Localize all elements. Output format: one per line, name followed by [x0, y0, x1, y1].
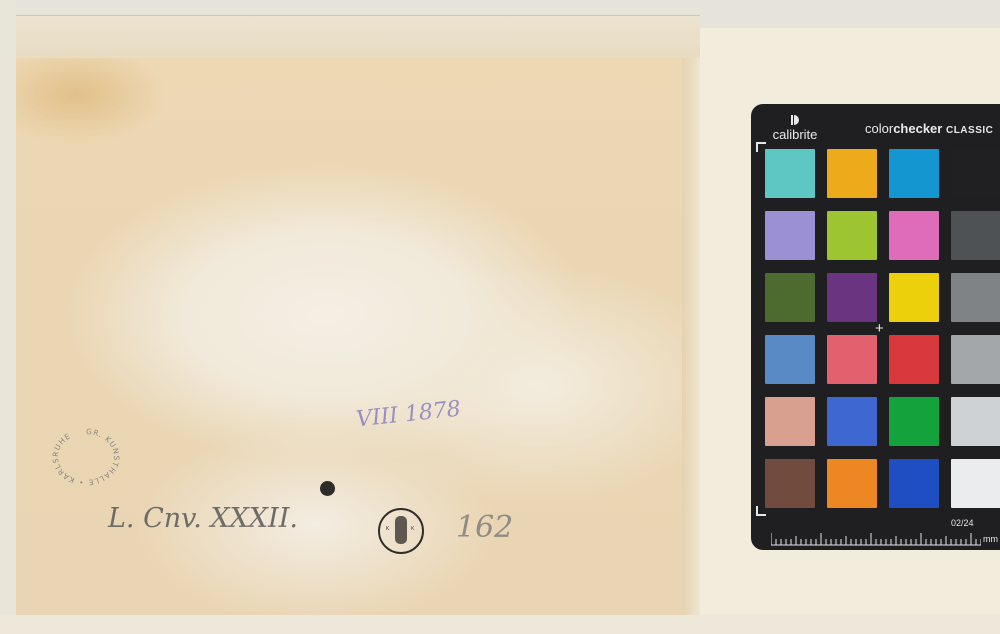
color-swatch [951, 397, 1000, 446]
color-swatch [765, 211, 815, 260]
color-swatch [951, 211, 1000, 260]
seal-figure-icon: K K [380, 510, 422, 552]
color-swatch [889, 211, 939, 260]
title-bold: checker [893, 121, 942, 136]
color-swatch [951, 335, 1000, 384]
colorchecker-card: calibrite colorchecker CLASSIC + 02/24 m… [751, 104, 1000, 550]
title-light: color [865, 121, 893, 136]
mm-ruler [771, 532, 981, 546]
svg-text:K: K [411, 526, 415, 532]
color-swatch [827, 335, 877, 384]
crosshair-icon: + [875, 321, 884, 336]
color-swatch [889, 273, 939, 322]
color-swatch [889, 459, 939, 508]
color-swatch [765, 459, 815, 508]
round-mark-stamp: K K [378, 508, 424, 554]
color-swatch [765, 273, 815, 322]
background-left [0, 0, 16, 634]
color-swatch [889, 335, 939, 384]
brand-logo: calibrite [765, 114, 825, 142]
ruler-ticks-icon [771, 532, 981, 546]
color-swatch [827, 211, 877, 260]
card-code: 02/24 [951, 518, 974, 528]
color-swatch [827, 149, 877, 198]
punch-hole [320, 481, 335, 496]
svg-text:K: K [386, 526, 390, 532]
calibrite-logo-icon [789, 114, 801, 126]
color-swatch [889, 397, 939, 446]
brand-name: calibrite [773, 127, 818, 142]
color-swatch [889, 149, 939, 198]
color-swatch [765, 335, 815, 384]
title-suffix: CLASSIC [946, 125, 993, 136]
color-swatch [827, 273, 877, 322]
background-bottom [0, 614, 1000, 634]
stamp-ring-icon: GR. KUNSTHALLE • KARLSRUHE [50, 428, 122, 486]
color-swatch [951, 273, 1000, 322]
color-swatch [765, 397, 815, 446]
color-swatch [827, 459, 877, 508]
color-swatch [765, 149, 815, 198]
collection-stamp: GR. KUNSTHALLE • KARLSRUHE [50, 428, 122, 486]
card-title: colorchecker CLASSIC [865, 121, 993, 136]
hinge-tape [16, 15, 700, 58]
paper-edge [682, 55, 700, 615]
svg-text:GR. KUNSTHALLE • KARLSRUHE: GR. KUNSTHALLE • KARLSRUHE [51, 428, 121, 486]
inventory-inscription: L. Cnv. XXXII. [108, 503, 298, 534]
color-swatch [827, 397, 877, 446]
color-swatch [951, 459, 1000, 508]
color-swatch [951, 149, 1000, 198]
number-inscription: 162 [456, 510, 513, 545]
ruler-unit: mm [983, 534, 998, 544]
